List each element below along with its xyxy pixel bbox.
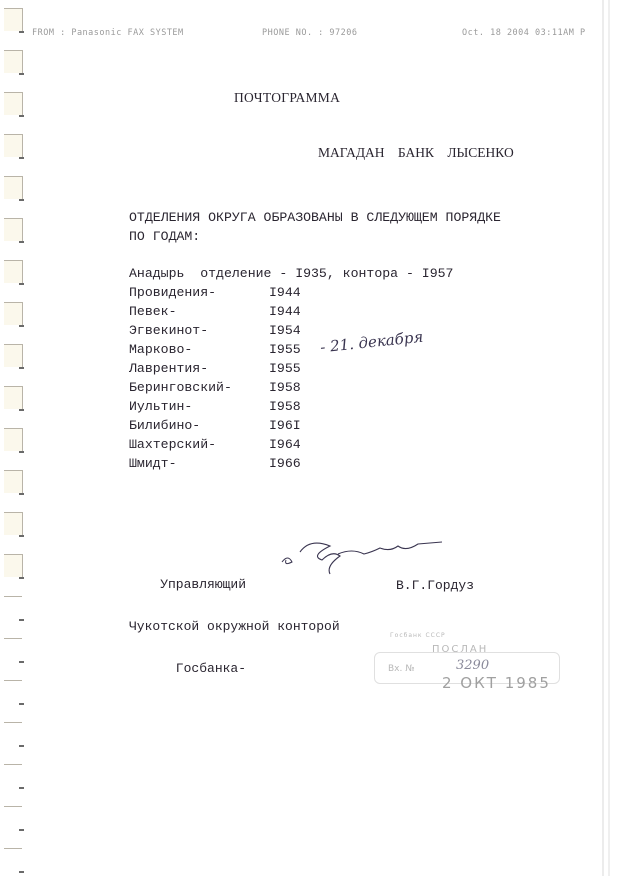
stamp-number-label: Вх. № (388, 664, 415, 674)
binding-ring (4, 50, 23, 73)
binding-ring (4, 806, 22, 829)
binding-ring (4, 260, 23, 283)
binding-ring (4, 302, 23, 325)
branch-row: Певек-I944 (129, 302, 453, 321)
branch-row: Иультин-I958 (129, 397, 453, 416)
received-stamp: Госбанк СССР ПОСЛАН Вх. № 3290 2 ОКТ 198… (372, 630, 562, 705)
stamp-header: Госбанк СССР (390, 632, 446, 639)
binding-ring (4, 848, 22, 871)
branch-list: Анадырь отделение - I935, контора - I957… (129, 264, 453, 473)
binding-ring (4, 470, 23, 493)
fax-datetime: Oct. 18 2004 03:11AM P (462, 28, 586, 38)
branch-year: I964 (269, 435, 301, 454)
page-edge (608, 0, 610, 876)
addressee: МАГАДАН БАНК ЛЫСЕНКО (318, 145, 514, 161)
document-title: ПОЧТОГРАММА (234, 90, 340, 106)
binding-ring (4, 596, 22, 619)
branch-year: I955 (269, 359, 301, 378)
branch-row: Беринговский-I958 (129, 378, 453, 397)
branch-year: I944 (269, 283, 301, 302)
binding-ring (4, 344, 23, 367)
anadyr-line: Анадырь отделение - I935, контора - I957 (129, 264, 453, 283)
branch-year: I954 (269, 321, 301, 340)
binding-ring (4, 764, 22, 787)
branch-year: I955 (269, 340, 301, 359)
binding-ring (4, 680, 22, 703)
branch-name: Лаврентия- (129, 359, 208, 378)
intro-line: ПО ГОДАМ: (129, 227, 501, 246)
binding-ring (4, 428, 23, 451)
branch-row: Шмидт-I966 (129, 454, 453, 473)
fax-phone: PHONE NO. : 97206 (262, 28, 358, 38)
branch-row: Билибино-I96I (129, 416, 453, 435)
intro-paragraph: ОТДЕЛЕНИЯ ОКРУГА ОБРАЗОВАНЫ В СЛЕДУЮЩЕМ … (129, 208, 501, 246)
branch-row: Провидения-I944 (129, 283, 453, 302)
branch-name: Марково- (129, 340, 192, 359)
branch-name: Провидения- (129, 283, 216, 302)
signer-title-line: Госбанка- (129, 662, 340, 676)
branch-year: I966 (269, 454, 301, 473)
intro-line: ОТДЕЛЕНИЯ ОКРУГА ОБРАЗОВАНЫ В СЛЕДУЮЩЕМ … (129, 208, 501, 227)
branch-name: Иультин- (129, 397, 192, 416)
fax-from: FROM : Panasonic FAX SYSTEM (32, 28, 184, 38)
branch-row: Шахтерский-I964 (129, 435, 453, 454)
page-edge (602, 0, 604, 876)
binding-ring (4, 176, 23, 199)
stamp-number: 3290 (456, 658, 489, 673)
binding-ring (4, 638, 22, 661)
binding-ring (4, 134, 23, 157)
signer-title-line: Управляющий (129, 578, 340, 592)
branch-name: Эгвекинот- (129, 321, 208, 340)
branch-name: Билибино- (129, 416, 200, 435)
binding-ring (4, 218, 23, 241)
branch-name: Беринговский- (129, 378, 232, 397)
stamp-word: ПОСЛАН (432, 644, 488, 655)
branch-year: I96I (269, 416, 301, 435)
branch-name: Певек- (129, 302, 176, 321)
fax-header: FROM : Panasonic FAX SYSTEM PHONE NO. : … (32, 28, 592, 40)
branch-name: Шахтерский- (129, 435, 216, 454)
binding-ring (4, 8, 23, 31)
spiral-binding-edge (0, 0, 30, 876)
signer-name: В.Г.Гордуз (396, 578, 474, 593)
binding-ring (4, 512, 23, 535)
handwritten-signature (280, 540, 460, 580)
branch-year: I958 (269, 397, 301, 416)
binding-ring (4, 554, 23, 577)
branch-year: I958 (269, 378, 301, 397)
branch-row: Лаврентия-I955 (129, 359, 453, 378)
branch-year: I944 (269, 302, 301, 321)
binding-ring (4, 386, 23, 409)
stamp-date: 2 ОКТ 1985 (442, 674, 551, 692)
binding-ring (4, 92, 23, 115)
binding-ring (4, 722, 22, 745)
signer-title-line: Чукотской окружной конторой (129, 620, 340, 634)
branch-name: Шмидт- (129, 454, 176, 473)
